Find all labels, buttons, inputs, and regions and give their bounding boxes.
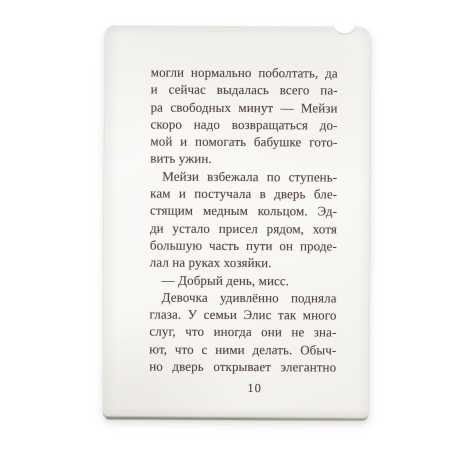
text-line: большую часть пути он проде-: [150, 237, 337, 255]
book-page: могли нормально поболтать, даи сейчас вы…: [103, 25, 370, 418]
paragraph: Мейзи взбежала по ступень-кам и постучал…: [150, 167, 338, 272]
text-line: могли нормально поболтать, да: [151, 64, 338, 82]
text-line: вить ужин.: [150, 150, 337, 168]
text-line: ют, что с ними делать. Обыч-: [149, 340, 336, 358]
text-line: скоро надо возвращаться до-: [150, 115, 337, 133]
paragraph: могли нормально поболтать, даи сейчас вы…: [150, 64, 338, 169]
text-line: и сейчас выдалась всего па-: [151, 81, 338, 99]
text-line: Мейзи взбежала по ступень-: [150, 167, 337, 185]
text-line: Девочка удивлённо подняла: [150, 288, 337, 306]
page-text: могли нормально поболтать, даи сейчас вы…: [149, 64, 338, 376]
text-line: но дверь открывает элегантно: [149, 358, 336, 376]
text-line: кам и постучала в дверь бле-: [150, 185, 337, 203]
paragraph: Девочка удивлённо поднялаглаза. У семьи …: [149, 288, 336, 375]
text-line: глаза. У семьи Элис так много: [149, 306, 336, 324]
paragraph: — Добрый день, мисс.: [150, 271, 337, 289]
text-line: мой и помогать бабушке гото-: [150, 133, 337, 151]
photo-background: могли нормально поболтать, даи сейчас вы…: [0, 0, 450, 450]
page-number: 10: [149, 381, 348, 397]
text-line: — Добрый день, мисс.: [150, 271, 337, 289]
page-corner-notch: [333, 24, 356, 35]
text-line: лал на руках хозяйки.: [150, 254, 337, 272]
text-line: ди устало присел рядом, хотя: [150, 219, 337, 237]
text-line: ра свободных минут — Мейзи: [151, 98, 338, 116]
text-line: слуг, что иногда они не зна-: [149, 323, 336, 341]
text-line: стящим медным кольцом. Эд-: [150, 202, 337, 220]
